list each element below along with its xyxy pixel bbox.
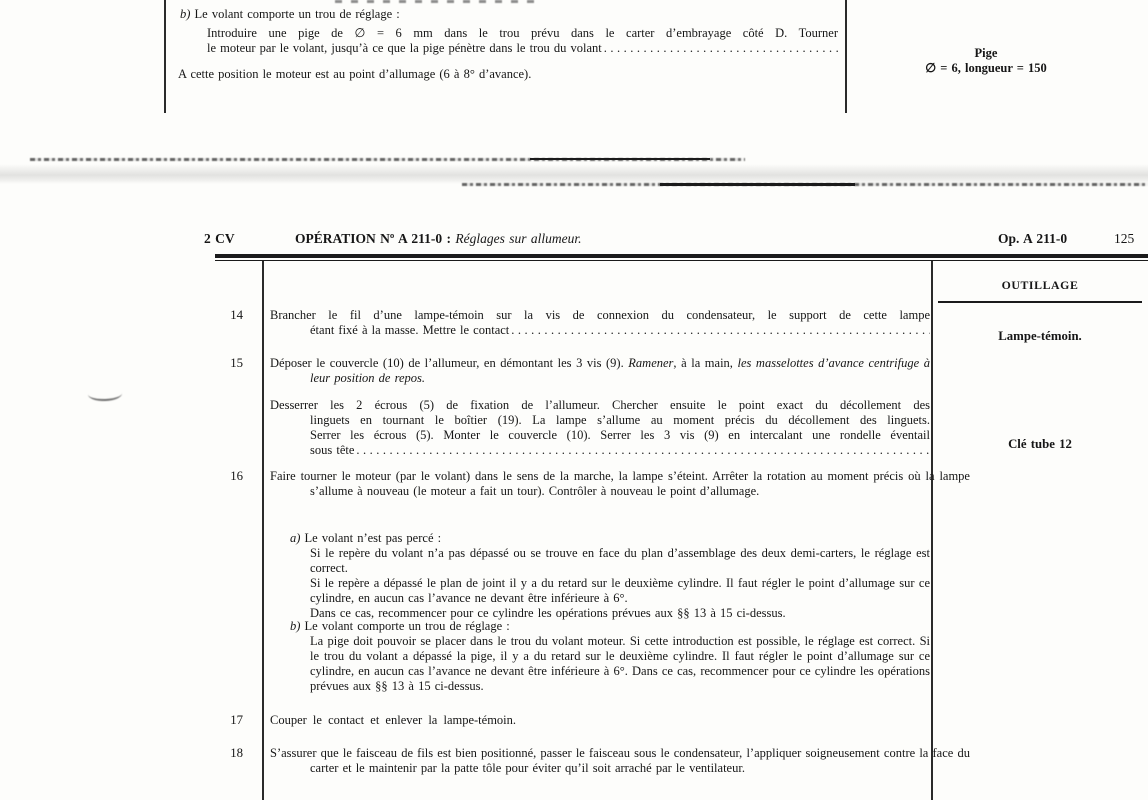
step-15-p1-seg2: Ramener	[628, 356, 673, 370]
step-17-number: 17	[195, 713, 243, 728]
steps-number-divider-rule	[262, 261, 264, 800]
step-14-line2: étant fixé à la masse. Mettre le contact…	[310, 323, 930, 338]
step-16-subitem-b: b) Le volant comporte un trou de réglage…	[290, 619, 930, 694]
step-15-p2-line4-text: sous tête	[310, 443, 354, 458]
step-15-p2-line1: Desserrer les 2 écrous (5) de fixation d…	[270, 398, 930, 413]
top-page-clipped-line-artifact	[335, 0, 540, 3]
tools-column-header-rule	[938, 301, 1142, 303]
step-14-line2-text: étant fixé à la masse. Mettre le contact	[310, 323, 509, 338]
header-double-rule-thin	[215, 260, 1148, 261]
manual-scan-page: b) Le volant comporte un trou de réglage…	[0, 0, 1148, 800]
step-16-subitem-b-heading: b) Le volant comporte un trou de réglage…	[290, 619, 930, 634]
top-tool-spec: ∅ = 6, longueur = 150	[866, 61, 1106, 76]
step-16-b-label: b)	[290, 619, 300, 633]
step-16-subitem-a: a) Le volant n’est pas percé : Si le rep…	[290, 531, 930, 621]
step-16-subitem-a-heading: a) Le volant n’est pas percé :	[290, 531, 930, 546]
operation-title: OPÉRATION Nº A 211-0 : Réglages sur allu…	[295, 231, 581, 246]
top-item-b-heading: b) Le volant comporte un trou de réglage…	[180, 7, 400, 22]
top-table-left-rule	[164, 0, 166, 113]
step-18-body: S’assurer que le faisceau de fils est bi…	[270, 746, 970, 776]
step-15-body: Déposer le couvercle (10) de l’allumeur,…	[270, 356, 930, 386]
operation-title-italic: Réglages sur allumeur.	[455, 231, 581, 246]
top-paragraph-line2: le moteur par le volant, jusqu’à ce que …	[207, 41, 838, 56]
page-edge-artifact-lower-dark	[660, 183, 855, 186]
top-closing-line: A cette position le moteur est au point …	[178, 67, 531, 82]
tools-column-divider-rule	[931, 261, 933, 800]
step-15-paragraph-2: Desserrer les 2 écrous (5) de fixation d…	[270, 398, 930, 458]
top-tool-name: Pige	[866, 46, 1106, 61]
top-table-right-rule	[845, 0, 847, 113]
operation-ref: Op. A 211-0	[998, 231, 1067, 246]
step-16-a-label: a)	[290, 531, 300, 545]
top-item-b-title: Le volant comporte un trou de réglage :	[195, 7, 400, 21]
step-16-b-paragraph-1: La pige doit pouvoir se placer dans le t…	[310, 634, 930, 694]
step-16-b-title: Le volant comporte un trou de réglage :	[305, 619, 510, 633]
step-17-body: Couper le contact et enlever la lampe-té…	[270, 713, 930, 728]
margin-smudge-artifact	[88, 386, 122, 401]
tool-item-cle-tube: Clé tube 12	[934, 437, 1146, 452]
page-number: 125	[1114, 231, 1134, 246]
step-15-paragraph-1: Déposer le couvercle (10) de l’allumeur,…	[270, 356, 930, 386]
step-14-body: Brancher le fil d’une lampe-témoin sur l…	[270, 308, 930, 338]
step-15-p2-line3: Serrer les écrous (5). Monter le couverc…	[310, 428, 930, 443]
step-16-number: 16	[195, 469, 243, 484]
top-paragraph-line2-text: le moteur par le volant, jusqu’à ce que …	[207, 41, 602, 56]
step-15-p1-seg1: Déposer le couvercle (10) de l’allumeur,…	[270, 356, 628, 370]
step-16-a-paragraph-2: Si le repère a dépassé le plan de joint …	[310, 576, 930, 606]
step-15-p1-seg3: , à la main,	[673, 356, 737, 370]
step-16-paragraph-1: Faire tourner le moteur (par le volant) …	[270, 469, 970, 499]
top-tool-cell: Pige ∅ = 6, longueur = 150	[866, 46, 1106, 76]
tool-item-lampe-temoin: Lampe-témoin.	[934, 329, 1146, 344]
page-gap-shadow	[0, 164, 1148, 184]
dotted-leader: ........................................…	[509, 323, 930, 338]
dotted-leader: ........................................…	[602, 41, 838, 56]
operation-title-bold: OPÉRATION Nº A 211-0 :	[295, 231, 451, 246]
model-label: 2 CV	[204, 231, 235, 246]
page-edge-artifact-upper-dark	[530, 158, 710, 160]
step-16-a-paragraph-1: Si le repère du volant n’a pas dépassé o…	[310, 546, 930, 576]
dotted-leader: ........................................…	[354, 443, 930, 458]
step-14-number: 14	[195, 308, 243, 323]
tools-column-header: OUTILLAGE	[934, 278, 1146, 293]
step-15-p2-line4: sous tête ..............................…	[310, 443, 930, 458]
step-14-line1: Brancher le fil d’une lampe-témoin sur l…	[270, 308, 930, 323]
step-18-number: 18	[195, 746, 243, 761]
step-16-a-title: Le volant n’est pas percé :	[305, 531, 442, 545]
header-double-rule-thick	[215, 254, 1148, 258]
step-15-number: 15	[195, 356, 243, 371]
step-15-p2-line2: linguets en tournant le boîtier (19). La…	[310, 413, 930, 428]
top-paragraph-line1: Introduire une pige de ∅ = 6 mm dans le …	[207, 26, 838, 41]
top-item-b-label: b)	[180, 7, 190, 21]
